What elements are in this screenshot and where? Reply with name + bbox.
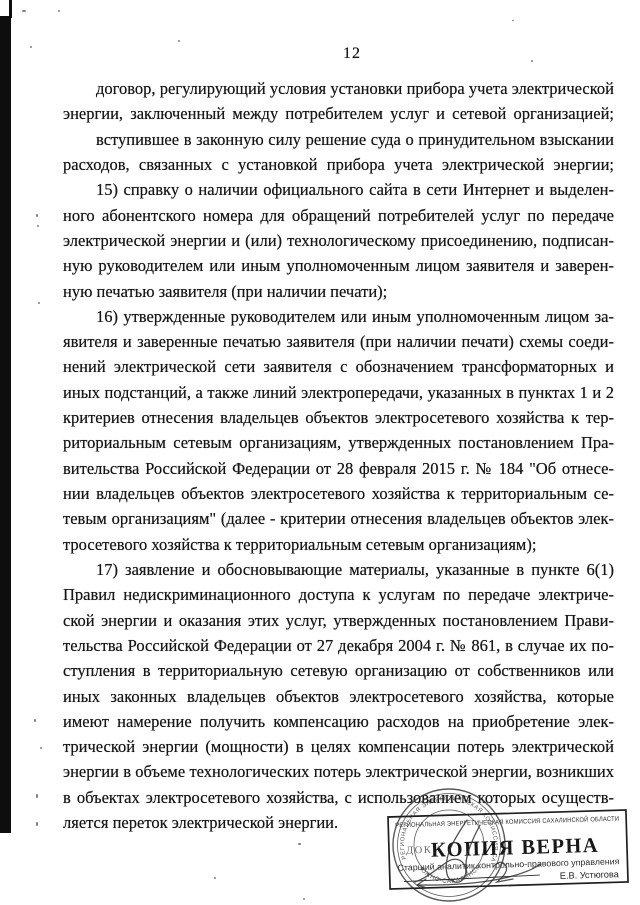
body-text-line: ную руководителем или иным уполномоченны… — [63, 253, 614, 278]
body-text-line: энергии, заключенный между потребителем … — [63, 101, 614, 126]
document-body: договор, регулирующий условия установки … — [63, 76, 614, 835]
body-text-line: договор, регулирующий условия установки … — [63, 76, 614, 101]
body-text-line: трической энергии (мощности) в целях ком… — [63, 734, 614, 759]
scan-edge-artifact — [0, 16, 11, 833]
body-text-line: ного абонентского номера для обращений п… — [63, 203, 614, 228]
body-text-line: тельства Российской Федерации от 27 дека… — [63, 633, 614, 658]
page-number: 12 — [64, 45, 640, 63]
scan-speck — [30, 46, 32, 48]
scan-speck — [303, 898, 305, 900]
scan-edge-tick — [9, 0, 12, 18]
scan-speck — [22, 10, 26, 12]
body-text-line: расходов, связанных с установкой прибора… — [63, 152, 614, 177]
body-text-line: нии владельцев объектов электросетевого … — [63, 481, 614, 506]
body-text-line: 15) справку о наличии официального сайта… — [63, 177, 614, 202]
body-text-line: риториальным сетевым организациям, утвер… — [63, 430, 614, 455]
scan-speck — [40, 747, 42, 749]
scan-speck — [214, 877, 216, 879]
scan-speck — [38, 302, 40, 304]
body-text-line: явителя и заверенные печатью заявителя (… — [63, 329, 614, 354]
scan-speck — [58, 10, 60, 12]
body-text-line: вительства Российской Федерации от 28 фе… — [63, 456, 614, 481]
body-text-line: критериев отнесения владельцев объектов … — [63, 405, 614, 430]
stamps-overlay: РЕГИОНАЛЬНАЯ ЭНЕРГЕТИЧЕСКАЯ КОМИССИЯ САХ… — [355, 770, 640, 905]
scan-speck — [34, 719, 36, 722]
scan-speck — [178, 40, 180, 42]
body-text-line: ступления в территориальную сетевую орга… — [63, 658, 614, 683]
scan-speck — [36, 822, 38, 826]
scanned-document-page: 12 договор, регулирующий условия установ… — [0, 0, 640, 905]
body-text-line: нений электрической сети заявителя с обо… — [63, 354, 614, 379]
scan-speck — [512, 20, 514, 21]
body-text-line: иных законных владельцев объектов электр… — [63, 684, 614, 709]
stamp-signer-name: Е.В. Устюгова — [560, 869, 620, 881]
body-text-line: тросетевого хозяйства к территориальным … — [63, 532, 614, 557]
scan-speck — [36, 794, 38, 798]
scan-speck — [37, 225, 39, 227]
scan-speck — [36, 214, 38, 217]
scan-speck — [298, 843, 301, 845]
body-text-line: иных подстанций, а также линий электропе… — [63, 380, 614, 405]
body-text-line: вступившее в законную силу решение суда … — [63, 127, 614, 152]
body-text-line: тевым организациям" (далее - критерии от… — [63, 506, 614, 531]
body-text-line: электрической энергии и (или) технологич… — [63, 228, 614, 253]
body-text-line: 16) утвержденные руководителем или иным … — [63, 304, 614, 329]
body-text-line: Правил недискриминационного доступа к ус… — [63, 582, 614, 607]
body-text-line: ную печатью заявителя (при наличии печат… — [63, 279, 614, 304]
body-text-line: 17) заявление и обосновывающие материалы… — [63, 557, 614, 582]
body-text-line: ской энергии и оказания этих услуг, утве… — [63, 608, 614, 633]
body-text-line: имеют намерение получить компенсацию рас… — [63, 709, 614, 734]
